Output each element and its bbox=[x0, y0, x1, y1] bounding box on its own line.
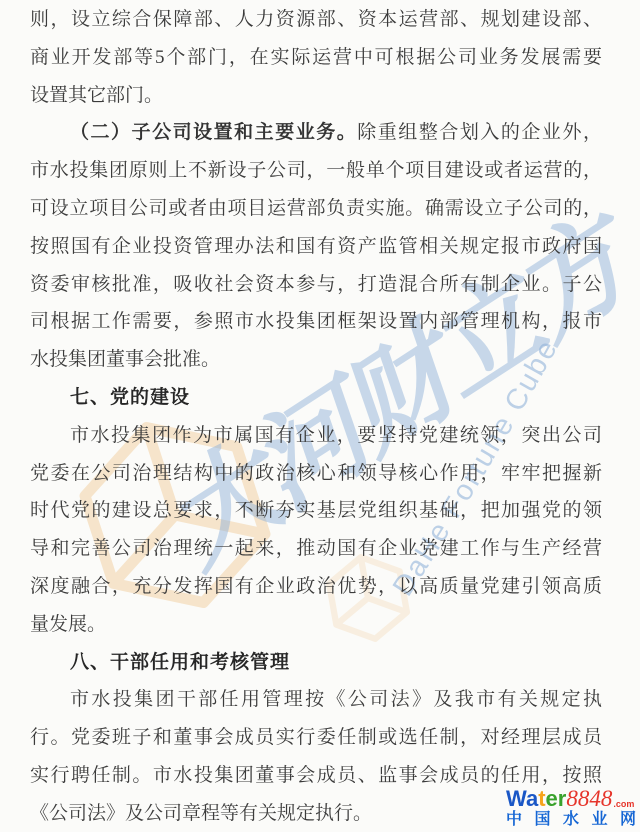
logo-wordmark: Water8848.com bbox=[506, 787, 636, 810]
text-line: 设置其它部门。 bbox=[30, 77, 602, 115]
text-line: 则，设立综合保障部、人力资源部、资本运营部、规划建设部、 bbox=[30, 1, 602, 39]
text-line: 司根据工作需要，参照市水投集团框架设置内部管理机构，报市 bbox=[30, 303, 602, 341]
logo-site-char: 网 bbox=[620, 812, 636, 828]
logo-site-name: 中国水业网 bbox=[506, 812, 636, 828]
logo-letter: a bbox=[526, 786, 538, 811]
logo-dotcom: .com bbox=[613, 800, 634, 809]
logo-letter: t bbox=[538, 786, 545, 811]
logo-site-char: 国 bbox=[534, 812, 550, 828]
text-line: 水投集团董事会批准。 bbox=[30, 341, 602, 379]
logo-letter: e bbox=[546, 786, 558, 811]
section-heading: 八、干部任用和考核管理 bbox=[30, 644, 602, 682]
water8848-logo: Water8848.com 中国水业网 bbox=[506, 787, 636, 828]
logo-site-char: 水 bbox=[563, 812, 579, 828]
text-line: 市水投集团原则上不新设子公司，一般单个项目建设或者运营的， bbox=[30, 152, 602, 190]
logo-number: 8848 bbox=[566, 787, 612, 810]
section-heading: 七、党的建设 bbox=[30, 379, 602, 417]
text-line: 市水投集团干部任用管理按《公司法》及我市有关规定执 bbox=[30, 681, 602, 719]
logo-site-char: 中 bbox=[506, 812, 522, 828]
text-line: （二）子公司设置和主要业务。除重组整合划入的企业外， bbox=[30, 114, 602, 152]
text-line: 导和完善公司治理统一起来，推动国有企业党建工作与生产经营 bbox=[30, 530, 602, 568]
logo-site-char: 业 bbox=[591, 812, 607, 828]
paragraph-lead: （二）子公司设置和主要业务。 bbox=[70, 122, 357, 143]
text-line: 资委审核批准，吸收社会资本参与，打造混合所有制企业。子公 bbox=[30, 266, 602, 304]
text-line: 按照国有企业投资管理办法和国有资产监管相关规定报市政府国 bbox=[30, 228, 602, 266]
text-line: 可设立项目公司或者由项目运营部负责实施。确需设立子公司的， bbox=[30, 190, 602, 228]
logo-wordmark-letters: Water bbox=[506, 788, 566, 810]
text-line: 深度融合，充分发挥国有企业政治优势，以高质量党建引领高质 bbox=[30, 568, 602, 606]
text-line: 市水投集团作为市属国有企业，要坚持党建统领，突出公司 bbox=[30, 417, 602, 455]
logo-letter: r bbox=[558, 786, 567, 811]
text-line: 党委在公司治理结构中的政治核心和领导核心作用，牢牢把握新 bbox=[30, 455, 602, 493]
text-line: 时代党的建设总要求，不断夯实基层党组织基础，把加强党的领 bbox=[30, 492, 602, 530]
text-line: 商业开发部等5个部门，在实际运营中可根据公司业务发展需要 bbox=[30, 39, 602, 77]
logo-letter: W bbox=[506, 786, 526, 811]
text-line: 行。党委班子和董事会成员实行委任制或选任制，对经理层成员 bbox=[30, 719, 602, 757]
document-page: { "page": { "background": "#fbfbf9", "bo… bbox=[0, 0, 640, 832]
document-text: 则，设立综合保障部、人力资源部、资本运营部、规划建设部、商业开发部等5个部门，在… bbox=[30, 1, 602, 832]
text-line: 量发展。 bbox=[30, 606, 602, 644]
